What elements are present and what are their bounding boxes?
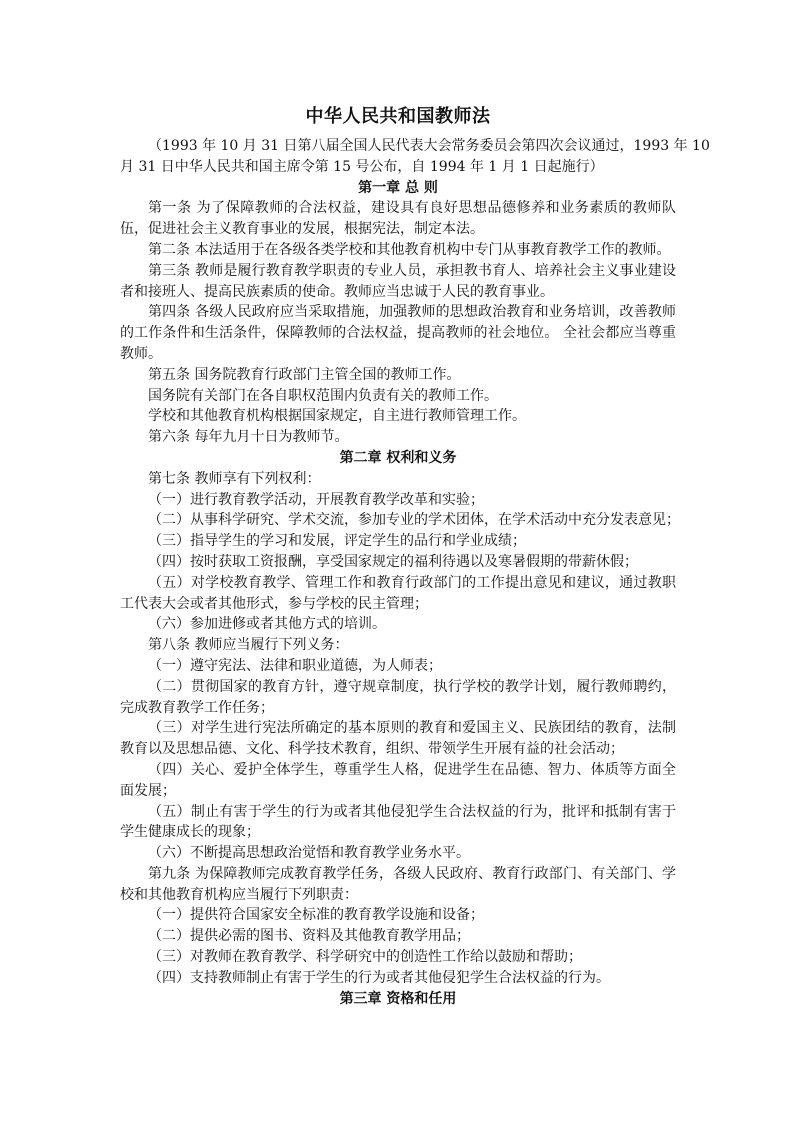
paragraph-line: 者和接班人、提高民族素质的使命。教师应当忠诚于人民的教育事业。 — [120, 282, 676, 303]
list-item: （二）贯彻国家的教育方针，遵守规章制度，执行学校的教学计划，履行教师聘约， 完成… — [120, 677, 676, 719]
list-item: （五）制止有害于学生的行为或者其他侵犯学生合法权益的行为，批评和抵制有害于 学生… — [120, 802, 676, 844]
list-item: （一）提供符合国家安全标准的教育教学设施和设备； — [120, 905, 676, 926]
paragraph-line: 面发展； — [120, 781, 676, 802]
article-5-paragraph-3: 学校和其他教育机构根据国家规定，自主进行教师管理工作。 — [120, 406, 676, 427]
paragraph-line: 教育以及思想品德、文化、科学技术教育，组织、带领学生开展有益的社会活动； — [120, 739, 676, 760]
paragraph-line: 第八条 教师应当履行下列义务： — [120, 635, 676, 656]
enactment-note: （1993 年 10 月 31 日第八届全国人民代表大会常务委员会第四次会议通过… — [120, 136, 676, 178]
article-4: 第四条 各级人民政府应当采取措施，加强教师的思想政治教育和业务培训，改善教师 的… — [120, 302, 676, 364]
paragraph-line: 完成教育教学工作任务； — [120, 698, 676, 719]
paragraph-line: 国务院有关部门在各自职权范围内负责有关的教师工作。 — [120, 386, 676, 407]
paragraph-line: （三）对教师在教育教学、科学研究中的创造性工作给以鼓励和帮助； — [120, 947, 676, 968]
paragraph-line: （二）贯彻国家的教育方针，遵守规章制度，执行学校的教学计划，履行教师聘约， — [120, 677, 676, 698]
chapter-heading: 第二章 权利和义务 — [120, 448, 676, 469]
paragraph-line: （一）提供符合国家安全标准的教育教学设施和设备； — [120, 905, 676, 926]
article-7: 第七条 教师享有下列权利： — [120, 469, 676, 490]
paragraph-line: 教师。 — [120, 344, 676, 365]
paragraph-line: （五）制止有害于学生的行为或者其他侵犯学生合法权益的行为，批评和抵制有害于 — [120, 802, 676, 823]
article-9: 第九条 为保障教师完成教育教学任务，各级人民政府、教育行政部门、有关部门、学 校… — [120, 864, 676, 906]
paragraph-line: 校和其他教育机构应当履行下列职责： — [120, 885, 676, 906]
paragraph-line: （三）对学生进行宪法所确定的基本原则的教育和爱国主义、民族团结的教育，法制 — [120, 718, 676, 739]
paragraph-line: 第七条 教师享有下列权利： — [120, 469, 676, 490]
list-item: （三）对学生进行宪法所确定的基本原则的教育和爱国主义、民族团结的教育，法制 教育… — [120, 718, 676, 760]
document-page: 中华人民共和国教师法 （1993 年 10 月 31 日第八届全国人民代表大会常… — [120, 106, 676, 1009]
list-item: （三）指导学生的学习和发展，评定学生的品行和学业成绩； — [120, 531, 676, 552]
paragraph-line: 第三条 教师是履行教育教学职责的专业人员，承担教书育人、培养社会主义事业建设 — [120, 261, 676, 282]
enactment-note-line: 月 31 日中华人民共和国主席令第 15 号公布，自 1994 年 1 月 1 … — [120, 157, 676, 178]
paragraph-line: （四）按时获取工资报酬，享受国家规定的福利待遇以及寒暑假期的带薪休假； — [120, 552, 676, 573]
paragraph-line: （二）从事科学研究、学术交流，参加专业的学术团体，在学术活动中充分发表意见； — [120, 510, 676, 531]
article-1: 第一条 为了保障教师的合法权益，建设具有良好思想品德修养和业务素质的教师队 伍，… — [120, 198, 676, 240]
paragraph-line: 第六条 每年九月十日为教师节。 — [120, 427, 676, 448]
chapter-heading: 第三章 资格和任用 — [120, 989, 676, 1010]
list-item: （六）不断提高思想政治觉悟和教育教学业务水平。 — [120, 843, 676, 864]
paragraph-line: 学生健康成长的现象； — [120, 822, 676, 843]
paragraph-line: 第二条 本法适用于在各级各类学校和其他教育机构中专门从事教育教学工作的教师。 — [120, 240, 676, 261]
paragraph-line: 学校和其他教育机构根据国家规定，自主进行教师管理工作。 — [120, 406, 676, 427]
document-title: 中华人民共和国教师法 — [120, 106, 676, 127]
article-2: 第二条 本法适用于在各级各类学校和其他教育机构中专门从事教育教学工作的教师。 — [120, 240, 676, 261]
list-item: （一）进行教育教学活动，开展教育教学改革和实验； — [120, 490, 676, 511]
paragraph-line: （五）对学校教育教学、管理工作和教育行政部门的工作提出意见和建议，通过教职 — [120, 573, 676, 594]
list-item: （六）参加进修或者其他方式的培训。 — [120, 614, 676, 635]
paragraph-line: （一）进行教育教学活动，开展教育教学改革和实验； — [120, 490, 676, 511]
list-item: （四）支持教师制止有害于学生的行为或者其他侵犯学生合法权益的行为。 — [120, 968, 676, 989]
paragraph-line: （六）参加进修或者其他方式的培训。 — [120, 614, 676, 635]
paragraph-line: 第四条 各级人民政府应当采取措施，加强教师的思想政治教育和业务培训，改善教师 — [120, 302, 676, 323]
article-3: 第三条 教师是履行教育教学职责的专业人员，承担教书育人、培养社会主义事业建设 者… — [120, 261, 676, 303]
paragraph-line: （三）指导学生的学习和发展，评定学生的品行和学业成绩； — [120, 531, 676, 552]
paragraph-line: 工代表大会或者其他形式，参与学校的民主管理； — [120, 594, 676, 615]
list-item: （二）提供必需的图书、资料及其他教育教学用品； — [120, 926, 676, 947]
list-item: （三）对教师在教育教学、科学研究中的创造性工作给以鼓励和帮助； — [120, 947, 676, 968]
article-5-paragraph-2: 国务院有关部门在各自职权范围内负责有关的教师工作。 — [120, 386, 676, 407]
article-5: 第五条 国务院教育行政部门主管全国的教师工作。 — [120, 365, 676, 386]
article-6: 第六条 每年九月十日为教师节。 — [120, 427, 676, 448]
article-8: 第八条 教师应当履行下列义务： — [120, 635, 676, 656]
paragraph-line: （六）不断提高思想政治觉悟和教育教学业务水平。 — [120, 843, 676, 864]
paragraph-line: 的工作条件和生活条件，保障教师的合法权益，提高教师的社会地位。 全社会都应当尊重 — [120, 323, 676, 344]
document-body: （1993 年 10 月 31 日第八届全国人民代表大会常务委员会第四次会议通过… — [120, 136, 676, 1009]
paragraph-line: 第一条 为了保障教师的合法权益，建设具有良好思想品德修养和业务素质的教师队 — [120, 198, 676, 219]
paragraph-line: 伍，促进社会主义教育事业的发展，根据宪法，制定本法。 — [120, 219, 676, 240]
paragraph-line: （二）提供必需的图书、资料及其他教育教学用品； — [120, 926, 676, 947]
paragraph-line: （一）遵守宪法、法律和职业道德，为人师表； — [120, 656, 676, 677]
enactment-note-line: （1993 年 10 月 31 日第八届全国人民代表大会常务委员会第四次会议通过… — [120, 136, 676, 157]
list-item: （四）关心、爱护全体学生，尊重学生人格，促进学生在品德、智力、体质等方面全 面发… — [120, 760, 676, 802]
list-item: （一）遵守宪法、法律和职业道德，为人师表； — [120, 656, 676, 677]
list-item: （五）对学校教育教学、管理工作和教育行政部门的工作提出意见和建议，通过教职 工代… — [120, 573, 676, 615]
paragraph-line: 第五条 国务院教育行政部门主管全国的教师工作。 — [120, 365, 676, 386]
paragraph-line: （四）支持教师制止有害于学生的行为或者其他侵犯学生合法权益的行为。 — [120, 968, 676, 989]
chapter-heading: 第一章 总 则 — [120, 178, 676, 199]
list-item: （二）从事科学研究、学术交流，参加专业的学术团体，在学术活动中充分发表意见； — [120, 510, 676, 531]
list-item: （四）按时获取工资报酬，享受国家规定的福利待遇以及寒暑假期的带薪休假； — [120, 552, 676, 573]
paragraph-line: （四）关心、爱护全体学生，尊重学生人格，促进学生在品德、智力、体质等方面全 — [120, 760, 676, 781]
paragraph-line: 第九条 为保障教师完成教育教学任务，各级人民政府、教育行政部门、有关部门、学 — [120, 864, 676, 885]
